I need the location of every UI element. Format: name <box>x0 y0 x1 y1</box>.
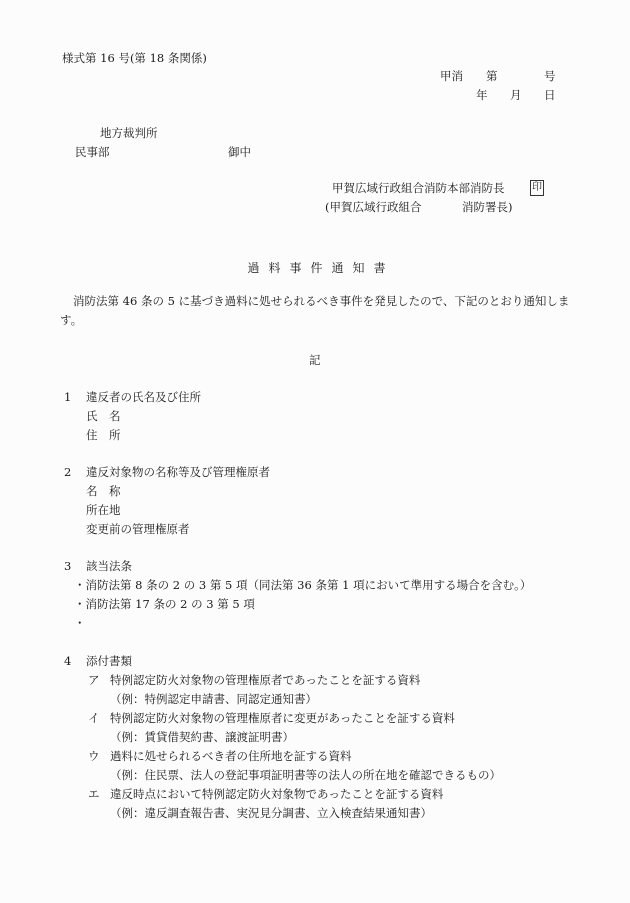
sender-alt-open: (甲賀広域行政組合 <box>325 200 422 214</box>
section-1-item-address: 住 所 <box>86 428 121 442</box>
attachment-u-mark: ウ <box>88 749 100 763</box>
section-1-heading: 違反者の氏名及び住所 <box>86 390 201 404</box>
section-3-heading: 該当法条 <box>86 559 132 573</box>
section-4-number: 4 <box>64 654 71 668</box>
section-2-item-previous-manager: 変更前の管理権原者 <box>86 522 190 536</box>
attachment-e-mark: エ <box>88 787 100 801</box>
ki-label: 記 <box>309 353 321 367</box>
form-label: 様式第 16 号(第 18 条関係) <box>62 51 207 65</box>
section-1-number: 1 <box>64 390 71 404</box>
document-title: 過料事件通知書 <box>0 261 630 275</box>
attachment-a-mark: ア <box>88 673 100 687</box>
body-line-2: す。 <box>60 313 82 327</box>
doc-number-go: 号 <box>544 69 556 83</box>
date-month: 月 <box>510 88 522 102</box>
section-2-number: 2 <box>64 465 71 479</box>
attachment-u-example: （例：住民票、法人の登記事項証明書等の法人の所在地を確認できるもの） <box>110 768 501 782</box>
addressee-division: 民事部 <box>75 145 110 159</box>
section-3-number: 3 <box>64 559 71 573</box>
seal-stamp: 印 <box>530 180 544 196</box>
attachment-i-example: （例：賃貸借契約書、譲渡証明書） <box>110 730 294 744</box>
addressee-court: 地方裁判所 <box>100 126 158 140</box>
doc-number-dai: 第 <box>486 69 498 83</box>
section-2-heading: 違反対象物の名称等及び管理権原者 <box>86 465 270 479</box>
attachment-i-text: 特例認定防火対象物の管理権原者に変更があったことを証する資料 <box>110 711 455 725</box>
sender-title: 甲賀広域行政組合消防本部消防長 <box>332 181 505 195</box>
addressee-honorific: 御中 <box>228 145 251 159</box>
attachment-i-mark: イ <box>88 711 100 725</box>
section-2-item-location: 所在地 <box>86 503 121 517</box>
attachment-e-text: 違反時点において特例認定防火対象物であったことを証する資料 <box>110 787 443 801</box>
attachment-a-text: 特例認定防火対象物の管理権原者であったことを証する資料 <box>110 673 420 687</box>
attachment-u-text: 過料に処せられるべき者の住所地を証する資料 <box>110 749 352 763</box>
doc-number-prefix: 甲消 <box>440 69 463 83</box>
attachment-e-example: （例：違反調査報告書、実況見分調書、立入検査結果通知書） <box>110 806 432 820</box>
attachment-a-example: （例：特例認定申請書、同認定通知書） <box>110 692 317 706</box>
sender-alt-close: 消防署長) <box>462 200 513 214</box>
date-year: 年 <box>476 88 488 102</box>
date-day: 日 <box>544 88 556 102</box>
section-3-law-item-3: ・ <box>74 616 86 630</box>
section-3-law-item-1: ・消防法第 8 条の 2 の 3 第 5 項（同法第 36 条第 1 項において… <box>74 578 531 592</box>
section-3-law-item-2: ・消防法第 17 条の 2 の 3 第 5 項 <box>74 597 255 611</box>
section-2-item-name: 名 称 <box>86 484 121 498</box>
section-1-item-name: 氏 名 <box>86 409 121 423</box>
section-4-heading: 添付書類 <box>86 654 132 668</box>
body-line-1: 消防法第 46 条の 5 に基づき過料に処せられるべき事件を発見したので、下記の… <box>73 294 569 308</box>
